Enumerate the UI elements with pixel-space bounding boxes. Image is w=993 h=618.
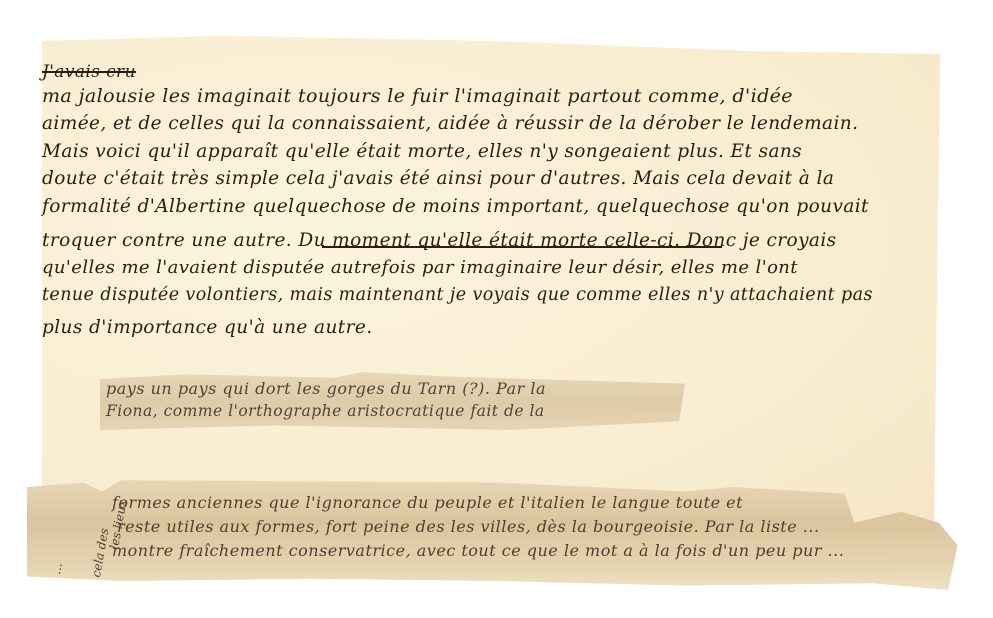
text-line-1: ma jalousie les imaginait toujours le fu… — [42, 85, 793, 108]
strikethrough-mark — [322, 246, 722, 248]
text-line-2: aimée, et de celles qui la connaissaient… — [42, 112, 858, 135]
text-line-8: tenue disputée volontiers, mais maintena… — [42, 284, 873, 307]
margin-note-1: ... — [49, 562, 65, 576]
strip-middle-line-1: pays un pays qui dort les gorges du Tarn… — [106, 380, 546, 398]
strip-bottom-line-1: formes anciennes que l'ignorance du peup… — [112, 494, 743, 512]
struck-heading: J'avais cru — [42, 62, 136, 82]
strip-middle-line-2: Fiona, comme l'orthographe aristocratiqu… — [106, 402, 545, 420]
margin-note-2: cela des — [89, 527, 111, 578]
text-line-9: plus d'importance qu'à une autre. — [42, 316, 373, 339]
pasted-strip-bottom: ... cela des les lieux formes anciennes … — [27, 478, 967, 590]
strip-bottom-line-3: montre fraîchement conservatrice, avec t… — [112, 542, 844, 560]
text-line-6: troquer contre une autre. Du moment qu'e… — [42, 229, 837, 252]
text-line-5: formalité d'Albertine quelquechose de mo… — [42, 195, 869, 218]
strip-bottom-line-2: reste utiles aux formes, fort peine des … — [117, 518, 820, 536]
text-line-3: Mais voici qu'il apparaît qu'elle était … — [42, 140, 802, 163]
text-line-7: qu'elles me l'avaient disputée autrefois… — [42, 256, 798, 279]
text-line-4: doute c'était très simple cela j'avais é… — [42, 167, 834, 190]
